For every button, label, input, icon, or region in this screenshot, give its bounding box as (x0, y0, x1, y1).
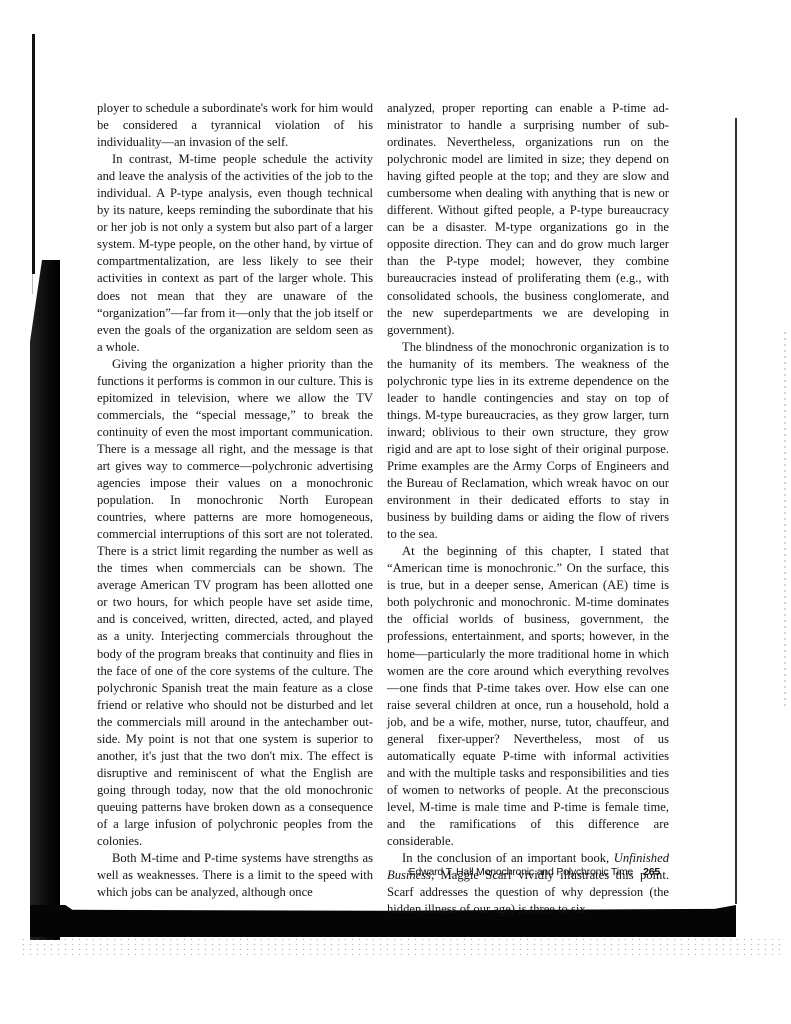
paragraph: ployer to schedule a subordinate's work … (97, 100, 373, 151)
paragraph: At the beginning of this chapter, I stat… (387, 543, 669, 850)
running-footer: Edward T. Hall Monochronic and Polychron… (380, 866, 660, 878)
right-column: analyzed, proper reporting can enable a … (387, 100, 669, 918)
paragraph: In contrast, M-time people schedule the … (97, 151, 373, 356)
binding-shadow-left (30, 260, 60, 940)
binding-shadow-thin (32, 34, 35, 274)
left-column: ployer to schedule a subordinate's work … (97, 100, 373, 901)
paragraph: Both M-time and P-time systems have stre… (97, 850, 373, 901)
paragraph: Giving the organization a higher priorit… (97, 356, 373, 850)
paragraph: In the conclusion of an important book, … (387, 850, 669, 918)
paragraph: analyzed, proper reporting can enable a … (387, 100, 669, 339)
text-run: In the conclusion of an important book, (402, 851, 614, 865)
running-head: Edward T. Hall Monochronic and Polychron… (409, 866, 633, 878)
paragraph: The blindness of the monochronic organiz… (387, 339, 669, 544)
scan-noise-right (783, 330, 787, 710)
scan-noise-bottom (20, 937, 780, 959)
page-number: 265 (643, 866, 660, 878)
page-edge-right (735, 118, 737, 904)
